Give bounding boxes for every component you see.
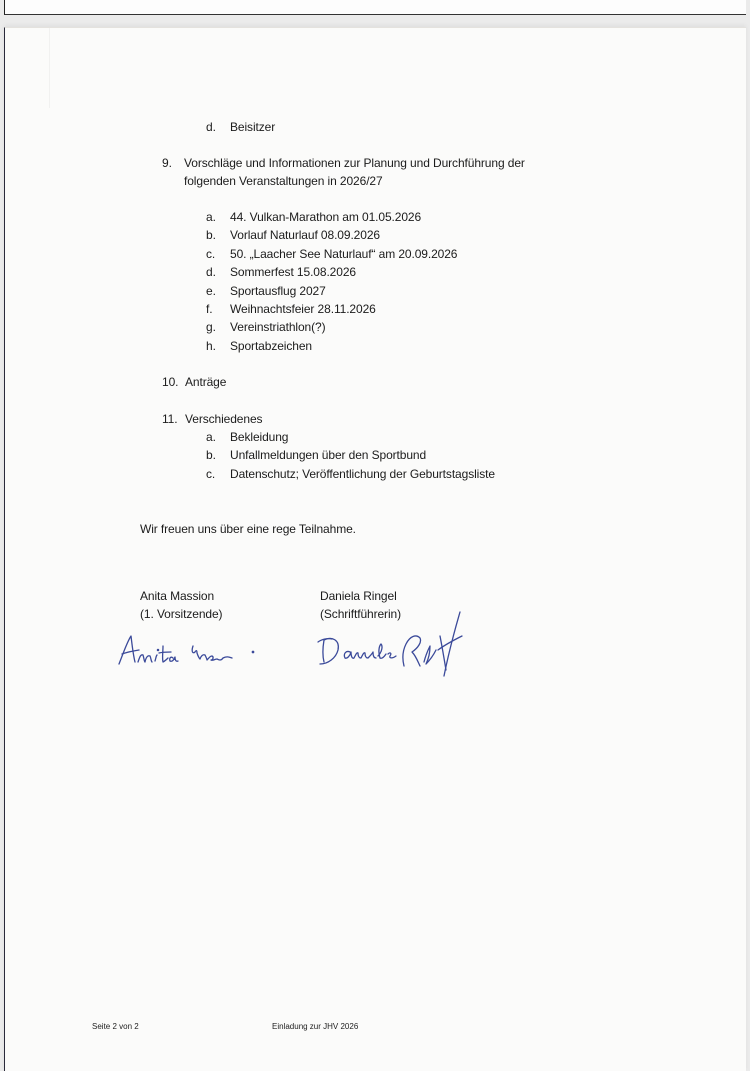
signatory-1-name: Anita Massion [140,589,214,603]
list-item-text: Sommerfest 15.08.2026 [230,265,356,279]
previous-page-bottom-edge [4,0,746,15]
agenda-item-10-text: Anträge [185,375,226,389]
list-item-text: Vereinstriathlon(?) [230,320,325,334]
agenda-item-9-line2: folgenden Veranstaltungen in 2026/27 [184,174,383,188]
agenda-item-11-text: Verschiedenes [185,412,262,426]
continued-subitem: d. Beisitzer [206,120,216,134]
footer-document-title: Einladung zur JHV 2026 [272,1022,358,1031]
closing-sentence: Wir freuen uns über eine rege Teilnahme. [140,522,356,536]
list-item-text: 50. „Laacher See Naturlauf“ am 20.09.202… [230,247,457,261]
list-item-text: 44. Vulkan-Marathon am 01.05.2026 [230,210,421,224]
list-item-marker: g. [206,320,216,334]
list-item-text: Unfallmeldungen über den Sportbund [230,448,426,462]
agenda-item-11-number: 11. [162,412,178,426]
list-item-marker: c. [206,247,215,261]
signatory-2-name: Daniela Ringel [320,589,397,603]
list-item-marker: f. [206,302,212,316]
subitem-text: Beisitzer [230,120,275,134]
list-item-text: Vorlauf Naturlauf 08.09.2026 [230,228,380,242]
agenda-item-9-number: 9. [162,156,172,170]
list-item-text: Bekleidung [230,430,288,444]
list-item-text: Weihnachtsfeier 28.11.2026 [230,302,376,316]
list-item-marker: a. [206,430,216,444]
document-viewer[interactable]: d. Beisitzer 9. Vorschläge und Informati… [0,0,750,1071]
list-item-text: Sportausflug 2027 [230,284,326,298]
list-item-marker: b. [206,228,216,242]
list-item-marker: c. [206,467,215,481]
signature-daniela-ringel [310,606,490,681]
list-item-marker: b. [206,448,216,462]
list-item-marker: e. [206,284,216,298]
agenda-item-10-number: 10. [162,375,178,389]
list-item-text: Sportabzeichen [230,339,312,353]
document-page-2: d. Beisitzer 9. Vorschläge und Informati… [4,27,746,1071]
agenda-item-9-line1: Vorschläge und Informationen zur Planung… [184,156,525,170]
list-item-marker: d. [206,265,216,279]
list-item-marker: a. [206,210,216,224]
signatory-1-role: (1. Vorsitzende) [140,607,222,621]
list-item-marker: h. [206,339,216,353]
footer-page-number: Seite 2 von 2 [92,1022,139,1031]
subitem-marker: d. [206,120,216,134]
signature-anita-massion [113,628,273,673]
list-item-text: Datenschutz; Veröffentlichung der Geburt… [230,467,495,481]
